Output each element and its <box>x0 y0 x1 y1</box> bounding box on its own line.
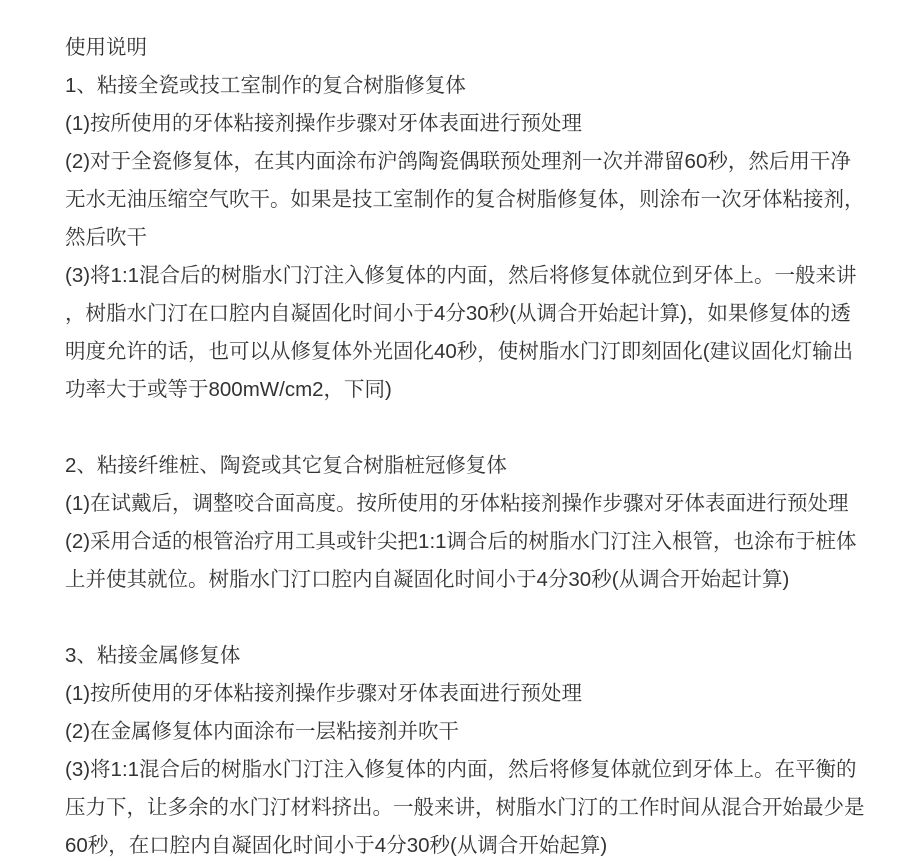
section-3-heading: 3、粘接金属修复体 <box>65 637 870 675</box>
text-line: 明度允许的话，也可以从修复体外光固化40秒，使树脂水门汀即刻固化(建议固化灯输出 <box>65 333 870 371</box>
text-line: 功率大于或等于800mW/cm2，下同) <box>65 371 870 409</box>
blank-line <box>65 409 870 447</box>
text-line: (2)对于全瓷修复体，在其内面涂布沪鸽陶瓷偶联预处理剂一次并滞留60秒，然后用干… <box>65 143 870 181</box>
section-1-heading: 1、粘接全瓷或技工室制作的复合树脂修复体 <box>65 67 870 105</box>
document-title: 使用说明 <box>65 29 870 67</box>
blank-line <box>65 599 870 637</box>
text-line: 上并使其就位。树脂水门汀口腔内自凝固化时间小于4分30秒(从调合开始起计算) <box>65 561 870 599</box>
text-line: 压力下，让多余的水门汀材料挤出。一般来讲，树脂水门汀的工作时间从混合开始最少是 <box>65 789 870 827</box>
section-2-heading: 2、粘接纤维桩、陶瓷或其它复合树脂桩冠修复体 <box>65 447 870 485</box>
text-line: (1)在试戴后，调整咬合面高度。按所使用的牙体粘接剂操作步骤对牙体表面进行预处理 <box>65 485 870 523</box>
text-line: (3)将1:1混合后的树脂水门汀注入修复体的内面，然后将修复体就位到牙体上。在平… <box>65 751 870 789</box>
text-line: (2)采用合适的根管治疗用工具或针尖把1:1调合后的树脂水门汀注入根管，也涂布于… <box>65 523 870 561</box>
text-line: 无水无油压缩空气吹干。如果是技工室制作的复合树脂修复体，则涂布一次牙体粘接剂， <box>65 181 870 219</box>
text-line: (1)按所使用的牙体粘接剂操作步骤对牙体表面进行预处理 <box>65 675 870 713</box>
text-line: 60秒，在口腔内自凝固化时间小于4分30秒(从调合开始起算) <box>65 827 870 861</box>
text-line: ，树脂水门汀在口腔内自凝固化时间小于4分30秒(从调合开始起计算)，如果修复体的… <box>65 295 870 333</box>
text-line: (3)将1:1混合后的树脂水门汀注入修复体的内面，然后将修复体就位到牙体上。一般… <box>65 257 870 295</box>
usage-instructions-document: 使用说明 1、粘接全瓷或技工室制作的复合树脂修复体 (1)按所使用的牙体粘接剂操… <box>0 0 900 861</box>
text-line: (1)按所使用的牙体粘接剂操作步骤对牙体表面进行预处理 <box>65 105 870 143</box>
text-line: 然后吹干 <box>65 219 870 257</box>
text-line: (2)在金属修复体内面涂布一层粘接剂并吹干 <box>65 713 870 751</box>
